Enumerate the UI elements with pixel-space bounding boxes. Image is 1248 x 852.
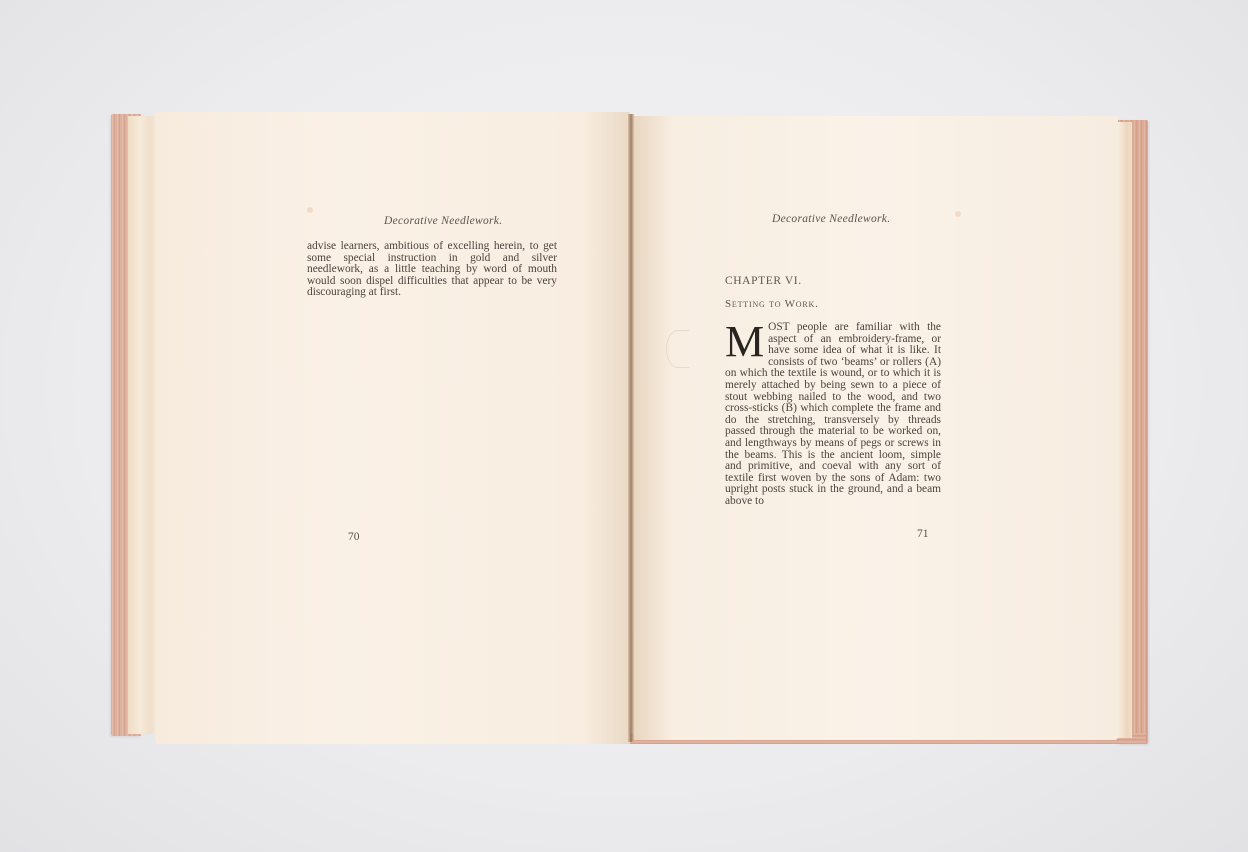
running-head-left: Decorative Needlework. — [384, 215, 502, 227]
chapter-heading: CHAPTER VI. — [725, 275, 802, 287]
left-page-body-text: advise learners, ambitious of excelling … — [307, 241, 557, 299]
page-impression-mark — [666, 330, 689, 368]
section-title: Setting to Work. — [725, 298, 819, 310]
left-page — [155, 112, 630, 744]
foxing-spot — [955, 211, 961, 217]
open-book: Decorative Needlework. advise learners, … — [0, 0, 1248, 852]
running-head-right: Decorative Needlework. — [772, 213, 890, 225]
book-gutter — [628, 114, 634, 742]
right-page-body-text: MOST people are familiar with the aspect… — [725, 322, 941, 508]
foxing-spot — [307, 207, 313, 213]
page-number-left: 70 — [348, 531, 360, 543]
page-number-right: 71 — [917, 528, 929, 540]
drop-cap: M — [725, 324, 764, 360]
